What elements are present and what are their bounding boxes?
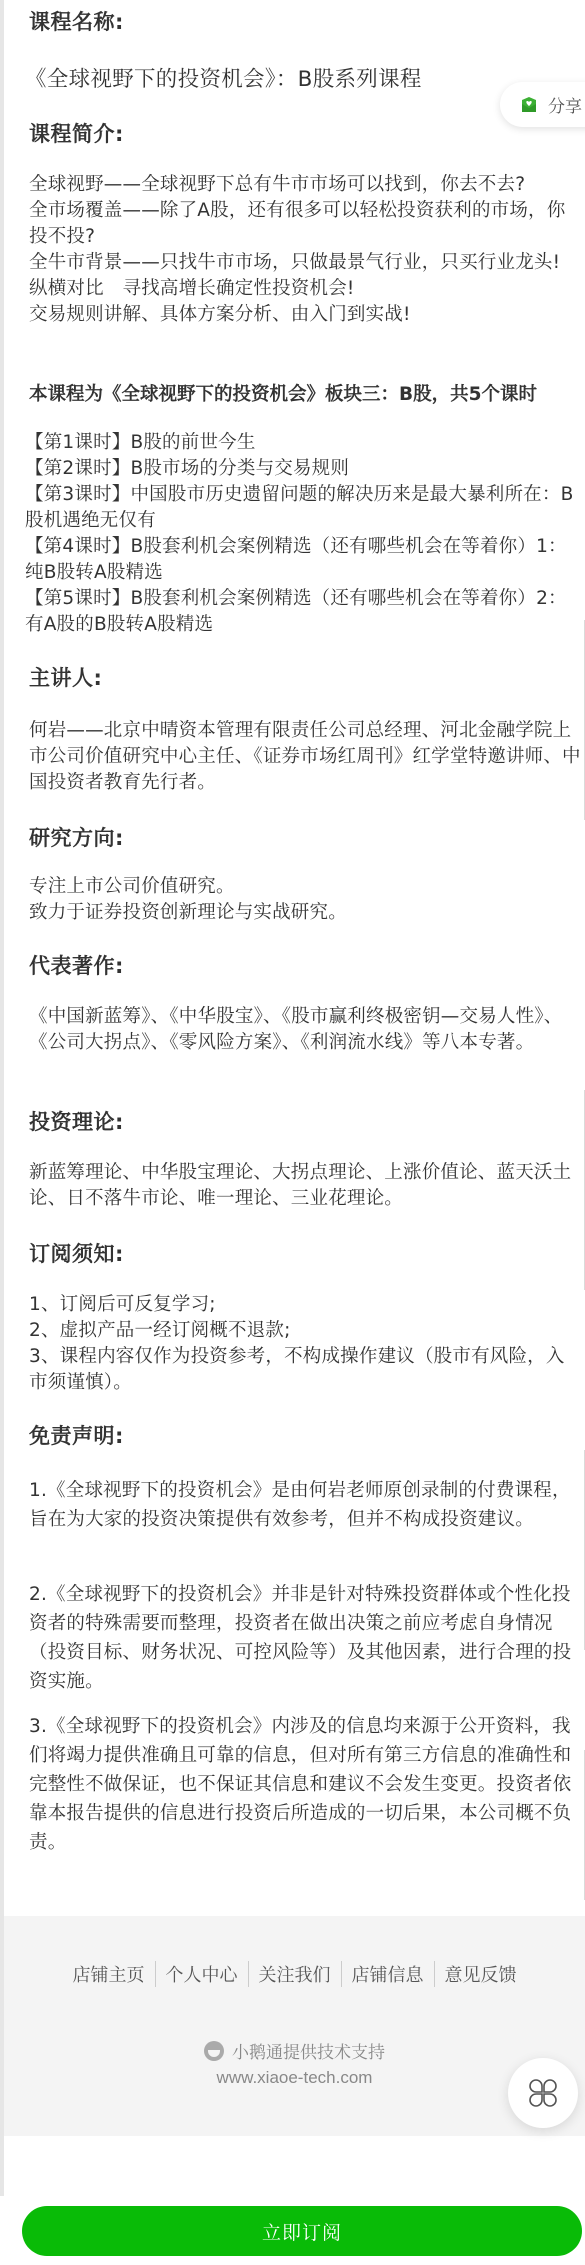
lecturer-heading: 主讲人:: [29, 662, 102, 692]
footer-link-shop-info[interactable]: 店铺信息: [342, 1961, 434, 1987]
floating-menu-button[interactable]: [508, 2058, 578, 2128]
share-heart-envelope-icon: [520, 96, 538, 114]
disclaimer-item: 2.《全球视野下的投资机会》并非是针对特殊投资群体或个性化投资者的特殊需要而整理…: [29, 1580, 581, 1696]
footer-links: 店铺主页 个人中心 关注我们 店铺信息 意见反馈: [4, 1961, 585, 1987]
notice-heading: 订阅须知:: [29, 1238, 124, 1268]
xiaoe-logo-icon: [204, 2041, 224, 2061]
lesson-list: 【第1课时】B股的前世今生 【第2课时】B股市场的分类与交易规则 【第3课时】中…: [25, 430, 577, 638]
disclaimer-heading: 免责声明:: [29, 1420, 124, 1450]
course-name: 《全球视野下的投资机会》：B股系列课程: [25, 62, 422, 93]
research-text: 专注上市公司价值研究。 致力于证券投资创新理论与实战研究。: [29, 874, 581, 926]
subscribe-button[interactable]: 立即订阅: [22, 2206, 582, 2256]
share-button[interactable]: 分享: [500, 82, 585, 127]
site-url: www.xiaoe-tech.com: [4, 2068, 585, 2088]
disclaimer-item: 3.《全球视野下的投资机会》内涉及的信息均来源于公开资料，我们将竭力提供准确且可…: [29, 1712, 581, 1857]
works-text: 《中国新蓝筹》、《中华股宝》、《股市赢利终极密钥—交易人性》、《公司大拐点》、《…: [29, 1004, 581, 1056]
footer: 店铺主页 个人中心 关注我们 店铺信息 意见反馈 小鹅通提供技术支持 www.x…: [4, 1916, 585, 2136]
module-summary: 本课程为《全球视野下的投资机会》板块三：B股，共5个课时: [29, 380, 537, 406]
footer-link-personal-center[interactable]: 个人中心: [156, 1961, 248, 1987]
footer-link-follow-us[interactable]: 关注我们: [249, 1961, 341, 1987]
tech-support: 小鹅通提供技术支持: [4, 2038, 585, 2063]
share-label: 分享: [548, 92, 582, 117]
footer-link-feedback[interactable]: 意见反馈: [435, 1961, 527, 1987]
tech-support-text: 小鹅通提供技术支持: [232, 2038, 385, 2063]
theory-heading: 投资理论:: [29, 1106, 124, 1136]
lecturer-bio: 何岩——北京中晴资本管理有限责任公司总经理、河北金融学院上市公司价值研究中心主任…: [29, 718, 581, 796]
course-intro-heading: 课程简介:: [29, 118, 124, 148]
research-heading: 研究方向:: [29, 822, 124, 852]
disclaimer-item: 1.《全球视野下的投资机会》是由何岩老师原创录制的付费课程，旨在为大家的投资决策…: [29, 1476, 581, 1534]
works-heading: 代表著作:: [29, 950, 124, 980]
theory-text: 新蓝筹理论、中华股宝理论、大拐点理论、上涨价值论、蓝天沃土论、日不落牛市论、唯一…: [29, 1160, 581, 1212]
course-intro-text: 全球视野——全球视野下总有牛市市场可以找到，你去不去? 全市场覆盖——除了A股，…: [29, 172, 581, 328]
notice-text: 1、订阅后可反复学习; 2、虚拟产品一经订阅概不退款; 3、课程内容仅作为投资参…: [29, 1292, 581, 1396]
footer-link-shop-home[interactable]: 店铺主页: [63, 1961, 155, 1987]
clover-menu-icon: [527, 2077, 559, 2109]
course-name-heading: 课程名称:: [29, 6, 124, 36]
